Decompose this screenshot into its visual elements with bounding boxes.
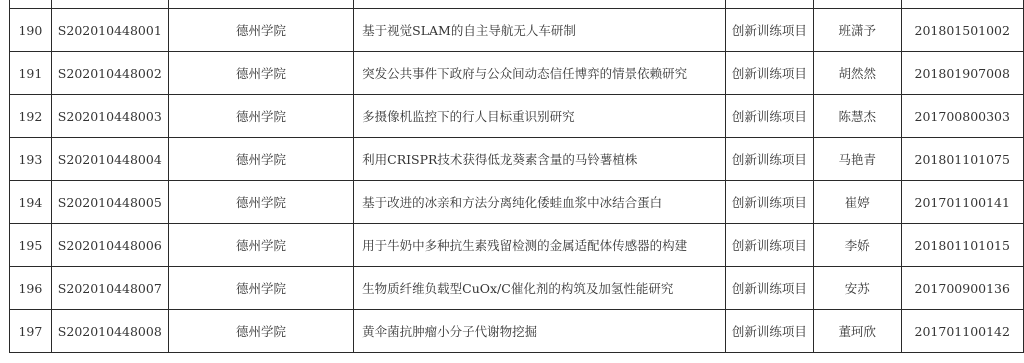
project-code-cell: S202010448003 (51, 95, 168, 138)
project-type-cell: 创新训练项目 (725, 267, 813, 310)
project-title-cell: 黄伞菌抗肿瘤小分子代谢物挖掘 (354, 310, 726, 353)
project-type-cell: 创新训练项目 (725, 52, 813, 95)
table-row-partial (10, 0, 1024, 9)
leader-name-cell: 胡然然 (813, 52, 901, 95)
table-row: 195S202010448006德州学院用于牛奶中多种抗生素残留检测的金属适配体… (10, 224, 1024, 267)
student-id-cell: 201801501002 (901, 9, 1024, 52)
leader-name-cell: 崔婷 (813, 181, 901, 224)
school-name-cell: 德州学院 (168, 52, 353, 95)
row-number-cell: 192 (10, 95, 52, 138)
leader-name-cell: 马艳青 (813, 138, 901, 181)
project-title-cell: 利用CRISPR技术获得低龙葵素含量的马铃薯植株 (354, 138, 726, 181)
project-code-cell: S202010448007 (51, 267, 168, 310)
project-table: 190S202010448001德州学院基于视觉SLAM的自主导航无人车研制创新… (9, 0, 1024, 353)
student-id-cell: 201801101015 (901, 224, 1024, 267)
row-number-cell: 190 (10, 9, 52, 52)
table-row: 191S202010448002德州学院突发公共事件下政府与公众间动态信任博弈的… (10, 52, 1024, 95)
project-code-cell: S202010448006 (51, 224, 168, 267)
row-number-cell: 193 (10, 138, 52, 181)
leader-name-cell: 李娇 (813, 224, 901, 267)
student-id-cell: 201701100141 (901, 181, 1024, 224)
project-title-cell: 基于改进的冰亲和方法分离纯化倭蛙血浆中冰结合蛋白 (354, 181, 726, 224)
school-name-cell: 德州学院 (168, 138, 353, 181)
project-title-cell: 用于牛奶中多种抗生素残留检测的金属适配体传感器的构建 (354, 224, 726, 267)
project-title-cell: 基于视觉SLAM的自主导航无人车研制 (354, 9, 726, 52)
project-code-cell: S202010448001 (51, 9, 168, 52)
project-title-cell: 多摄像机监控下的行人目标重识别研究 (354, 95, 726, 138)
row-number-cell: 195 (10, 224, 52, 267)
leader-name-cell: 安苏 (813, 267, 901, 310)
table-row: 197S202010448008德州学院黄伞菌抗肿瘤小分子代谢物挖掘创新训练项目… (10, 310, 1024, 353)
row-number-cell: 191 (10, 52, 52, 95)
project-type-cell: 创新训练项目 (725, 224, 813, 267)
project-type-cell: 创新训练项目 (725, 138, 813, 181)
school-name-cell: 德州学院 (168, 9, 353, 52)
project-type-cell: 创新训练项目 (725, 181, 813, 224)
school-name-cell: 德州学院 (168, 310, 353, 353)
student-id-cell: 201701100142 (901, 310, 1024, 353)
school-name-cell: 德州学院 (168, 95, 353, 138)
project-title-cell: 生物质纤维负载型CuOx/C催化剂的构筑及加氢性能研究 (354, 267, 726, 310)
table-row: 194S202010448005德州学院基于改进的冰亲和方法分离纯化倭蛙血浆中冰… (10, 181, 1024, 224)
row-number-cell: 197 (10, 310, 52, 353)
school-name-cell: 德州学院 (168, 267, 353, 310)
project-title-cell: 突发公共事件下政府与公众间动态信任博弈的情景依赖研究 (354, 52, 726, 95)
project-code-cell: S202010448004 (51, 138, 168, 181)
student-id-cell: 201700900136 (901, 267, 1024, 310)
row-number-cell: 194 (10, 181, 52, 224)
leader-name-cell: 陈慧杰 (813, 95, 901, 138)
student-id-cell: 201801101075 (901, 138, 1024, 181)
row-number-cell: 196 (10, 267, 52, 310)
leader-name-cell: 班潇予 (813, 9, 901, 52)
project-type-cell: 创新训练项目 (725, 95, 813, 138)
student-id-cell: 201700800303 (901, 95, 1024, 138)
table-row: 193S202010448004德州学院利用CRISPR技术获得低龙葵素含量的马… (10, 138, 1024, 181)
project-type-cell: 创新训练项目 (725, 310, 813, 353)
school-name-cell: 德州学院 (168, 181, 353, 224)
student-id-cell: 201801907008 (901, 52, 1024, 95)
table-row: 196S202010448007德州学院生物质纤维负载型CuOx/C催化剂的构筑… (10, 267, 1024, 310)
school-name-cell: 德州学院 (168, 224, 353, 267)
project-code-cell: S202010448002 (51, 52, 168, 95)
project-code-cell: S202010448008 (51, 310, 168, 353)
project-type-cell: 创新训练项目 (725, 9, 813, 52)
table-row: 190S202010448001德州学院基于视觉SLAM的自主导航无人车研制创新… (10, 9, 1024, 52)
leader-name-cell: 董珂欣 (813, 310, 901, 353)
project-code-cell: S202010448005 (51, 181, 168, 224)
table-row: 192S202010448003德州学院多摄像机监控下的行人目标重识别研究创新训… (10, 95, 1024, 138)
